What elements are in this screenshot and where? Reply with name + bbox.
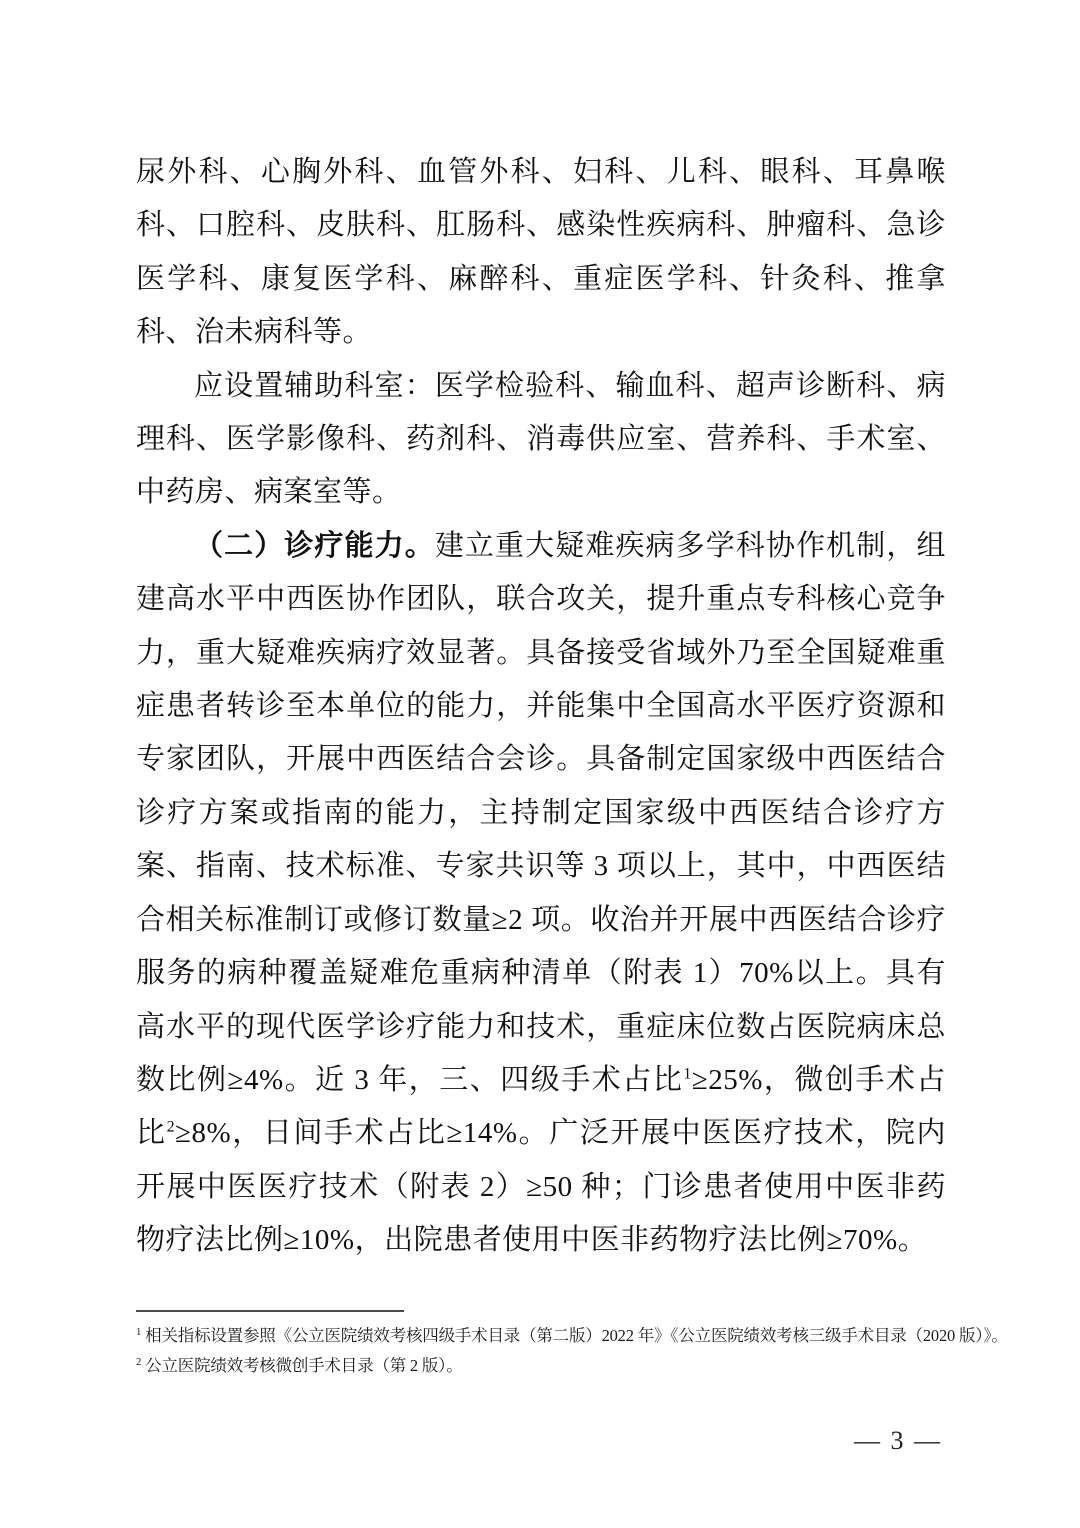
paragraph-lead-bold: （二）诊疗能力。: [194, 530, 435, 562]
footnote-2-marker: 2: [136, 1356, 141, 1368]
footnote-ref: 1: [683, 1065, 691, 1082]
footnote-2-text: 公立医院绩效考核微创手术目录（第 2 版）。: [145, 1356, 462, 1375]
footnote-1-marker: 1: [136, 1326, 141, 1338]
paragraph-text: 尿外科、心胸外科、血管外科、妇科、儿科、眼科、耳鼻喉科、口腔科、皮肤科、肛肠科、…: [136, 156, 946, 348]
paragraph: （二）诊疗能力。建立重大疑难疾病多学科协作机制，组建高水平中西医协作团队，联合攻…: [136, 520, 946, 1268]
paragraph: 应设置辅助科室：医学检验科、输血科、超声诊断科、病理科、医学影像科、药剂科、消毒…: [136, 360, 946, 520]
paragraph-text: ≥8%，日间手术占比≥14%。广泛开展中医医疗技术，院内开展中医医疗技术（附表 …: [136, 1117, 946, 1256]
footnote-1: 1相关指标设置参照《公立医院绩效考核四级手术目录（第二版）2022 年》《公立医…: [136, 1321, 948, 1351]
paragraph: 尿外科、心胸外科、血管外科、妇科、儿科、眼科、耳鼻喉科、口腔科、皮肤科、肛肠科、…: [136, 146, 946, 360]
footnote-ref: 2: [167, 1119, 175, 1136]
document-page: 尿外科、心胸外科、血管外科、妇科、儿科、眼科、耳鼻喉科、口腔科、皮肤科、肛肠科、…: [0, 0, 1080, 1528]
footnote-1-text: 相关指标设置参照《公立医院绩效考核四级手术目录（第二版）2022 年》《公立医院…: [145, 1326, 1008, 1345]
paragraph-text: 应设置辅助科室：医学检验科、输血科、超声诊断科、病理科、医学影像科、药剂科、消毒…: [136, 370, 946, 509]
paragraph-text: 建立重大疑难疾病多学科协作机制，组建高水平中西医协作团队，联合攻关，提升重点专科…: [136, 530, 946, 1096]
footnote-area: 1相关指标设置参照《公立医院绩效考核四级手术目录（第二版）2022 年》《公立医…: [136, 1310, 948, 1381]
page-number: — 3 —: [854, 1426, 942, 1456]
footnote-divider: [136, 1310, 404, 1312]
document-body: 尿外科、心胸外科、血管外科、妇科、儿科、眼科、耳鼻喉科、口腔科、皮肤科、肛肠科、…: [136, 146, 946, 1268]
footnote-2: 2公立医院绩效考核微创手术目录（第 2 版）。: [136, 1351, 948, 1381]
